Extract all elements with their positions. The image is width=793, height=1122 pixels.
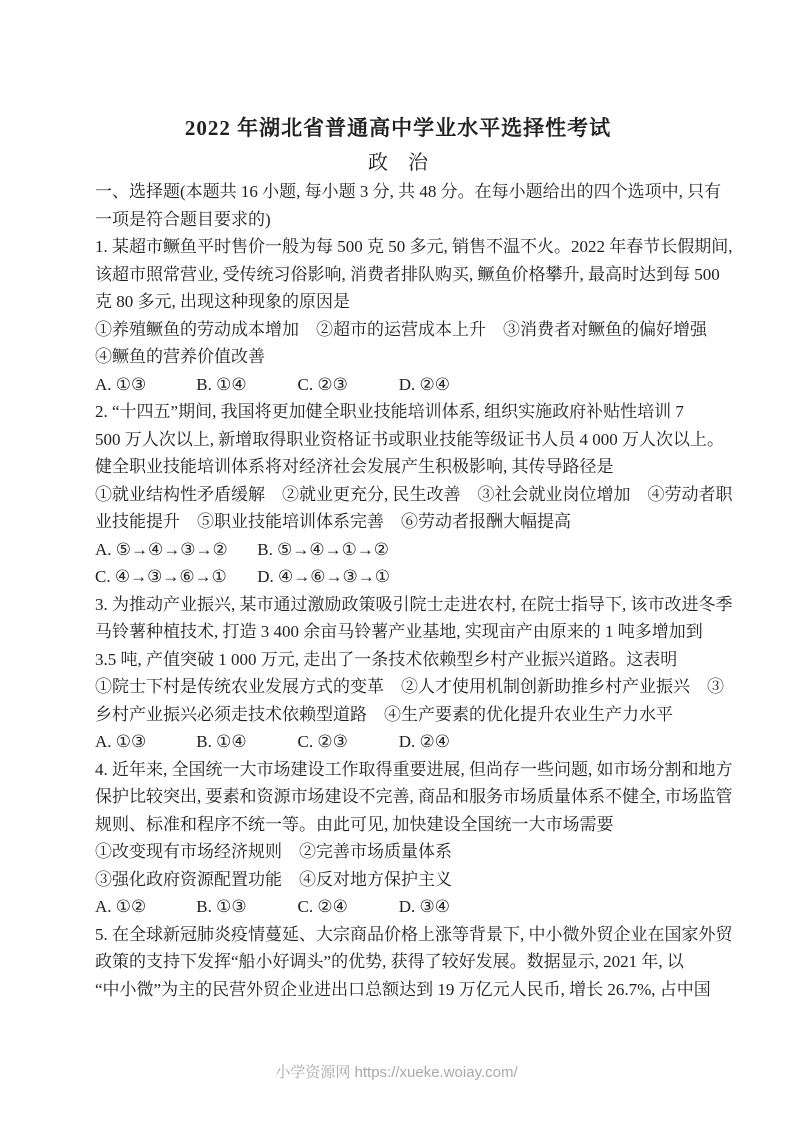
question-line: 2. “十四五”期间, 我国将更加健全职业技能培训体系, 组织实施政府补贴性培训… — [95, 398, 701, 426]
option-item: C. ④→③→⑥→① — [95, 563, 253, 591]
question-line: 政策的支持下发挥“船小好调头”的优势, 获得了较好发展。数据显示, 2021 年… — [95, 948, 701, 976]
option-item: C. ②③ — [298, 371, 395, 399]
option-item: B. ①③ — [196, 893, 293, 921]
question-block-5: 5. 在全球新冠肺炎疫情蔓延、大宗商品价格上涨等背景下, 中小微外贸企业在国家外… — [95, 921, 701, 1004]
options-row: A. ①③ B. ①④ C. ②③ D. ②④ — [95, 371, 701, 399]
option-item: D. ②④ — [399, 728, 496, 756]
question-line: ③强化政府资源配置功能 ④反对地方保护主义 — [95, 866, 701, 894]
question-line: 马铃薯种植技术, 打造 3 400 余亩马铃薯产业基地, 实现亩产由原来的 1 … — [95, 618, 701, 646]
section-header-line: 一、选择题(本题共 16 小题, 每小题 3 分, 共 48 分。在每小题给出的… — [95, 178, 701, 206]
question-line: ①就业结构性矛盾缓解 ②就业更充分, 民生改善 ③社会就业岗位增加 ④劳动者职 — [95, 481, 701, 509]
option-item: A. ①③ — [95, 728, 192, 756]
option-item: A. ①③ — [95, 371, 192, 399]
question-line: “中小微”为主的民营外贸企业进出口总额达到 19 万亿元人民币, 增长 26.7… — [95, 976, 701, 1004]
question-line: 乡村产业振兴必须走技术依赖型道路 ④生产要素的优化提升农业生产力水平 — [95, 701, 701, 729]
question-block-3: 3. 为推动产业振兴, 某市通过激励政策吸引院士走进农村, 在院士指导下, 该市… — [95, 591, 701, 756]
option-item: D. ②④ — [399, 371, 496, 399]
question-line: 规则、标准和程序不统一等。由此可见, 加快建设全国统一大市场需要 — [95, 811, 701, 839]
option-item: B. ⑤→④→①→② — [257, 536, 415, 564]
option-item: A. ⑤→④→③→② — [95, 536, 253, 564]
option-item: C. ②④ — [298, 893, 395, 921]
option-item: A. ①② — [95, 893, 192, 921]
section-header: 一、选择题(本题共 16 小题, 每小题 3 分, 共 48 分。在每小题给出的… — [95, 178, 701, 233]
question-line: 克 80 多元, 出现这种现象的原因是 — [95, 288, 701, 316]
subject-title: 政 治 — [95, 148, 701, 178]
option-item: D. ④→⑥→③→① — [257, 563, 415, 591]
question-line: 3.5 吨, 产值突破 1 000 万元, 走出了一条技术依赖型乡村产业振兴道路… — [95, 646, 701, 674]
question-line: ①院士下村是传统农业发展方式的变革 ②人才使用机制创新助推乡村产业振兴 ③ — [95, 673, 701, 701]
options-row: A. ⑤→④→③→② B. ⑤→④→①→② — [95, 536, 701, 564]
options-row: C. ④→③→⑥→① D. ④→⑥→③→① — [95, 563, 701, 591]
question-line: 5. 在全球新冠肺炎疫情蔓延、大宗商品价格上涨等背景下, 中小微外贸企业在国家外… — [95, 921, 701, 949]
question-line: 3. 为推动产业振兴, 某市通过激励政策吸引院士走进农村, 在院士指导下, 该市… — [95, 591, 701, 619]
exam-content: 2022 年湖北省普通高中学业水平选择性考试 政 治 一、选择题(本题共 16 … — [95, 0, 701, 1003]
question-block-4: 4. 近年来, 全国统一大市场建设工作取得重要进展, 但尚存一些问题, 如市场分… — [95, 756, 701, 921]
question-line: 健全职业技能培训体系将对经济社会发展产生积极影响, 其传导路径是 — [95, 453, 701, 481]
option-item: D. ③④ — [399, 893, 496, 921]
options-row: A. ①③ B. ①④ C. ②③ D. ②④ — [95, 728, 701, 756]
options-row: A. ①② B. ①③ C. ②④ D. ③④ — [95, 893, 701, 921]
question-line: ①改变现有市场经济规则 ②完善市场质量体系 — [95, 838, 701, 866]
question-line: ①养殖鳜鱼的劳动成本增加 ②超市的运营成本上升 ③消费者对鳜鱼的偏好增强 — [95, 316, 701, 344]
question-line: 业技能提升 ⑤职业技能培训体系完善 ⑥劳动者报酬大幅提高 — [95, 508, 701, 536]
question-block-2: 2. “十四五”期间, 我国将更加健全职业技能培训体系, 组织实施政府补贴性培训… — [95, 398, 701, 591]
question-line: ④鳜鱼的营养价值改善 — [95, 343, 701, 371]
watermark-footer: 小学资源网 https://xueke.woiay.com/ — [0, 1062, 793, 1084]
page-title: 2022 年湖北省普通高中学业水平选择性考试 — [95, 112, 701, 144]
question-line: 4. 近年来, 全国统一大市场建设工作取得重要进展, 但尚存一些问题, 如市场分… — [95, 756, 701, 784]
question-line: 保护比较突出, 要素和资源市场建设不完善, 商品和服务市场质量体系不健全, 市场… — [95, 783, 701, 811]
question-line: 该超市照常营业, 受传统习俗影响, 消费者排队购买, 鳜鱼价格攀升, 最高时达到… — [95, 261, 701, 289]
option-item: B. ①④ — [196, 728, 293, 756]
question-line: 500 万人次以上, 新增取得职业资格证书或职业技能等级证书人员 4 000 万… — [95, 426, 701, 454]
question-block-1: 1. 某超市鳜鱼平时售价一般为每 500 克 50 多元, 销售不温不火。202… — [95, 233, 701, 398]
option-item: B. ①④ — [196, 371, 293, 399]
option-item: C. ②③ — [298, 728, 395, 756]
section-header-line: 一项是符合题目要求的) — [95, 206, 701, 234]
exam-paper-page: 2022 年湖北省普通高中学业水平选择性考试 政 治 一、选择题(本题共 16 … — [0, 0, 793, 1122]
question-line: 1. 某超市鳜鱼平时售价一般为每 500 克 50 多元, 销售不温不火。202… — [95, 233, 701, 261]
